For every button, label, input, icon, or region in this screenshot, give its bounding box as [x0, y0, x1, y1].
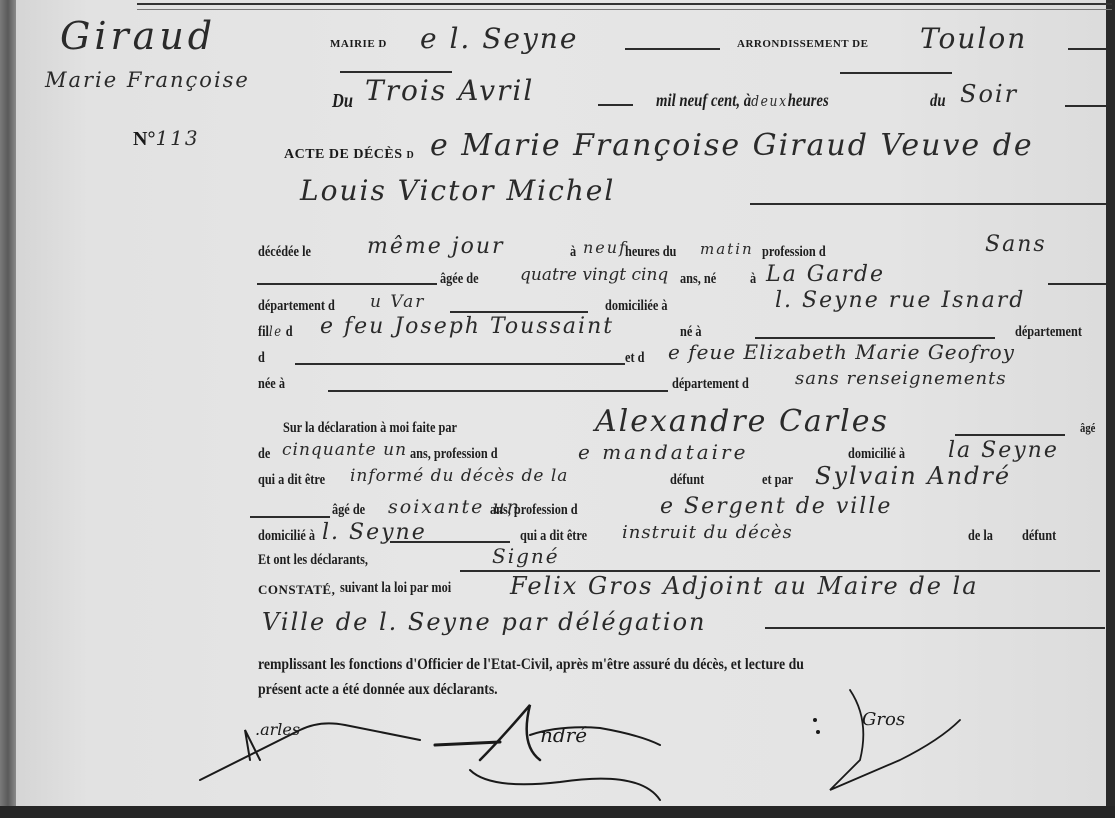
signatures: .arles ndré Gros — [0, 0, 1115, 818]
svg-text:ndré: ndré — [540, 723, 587, 747]
svg-text:Gros: Gros — [862, 709, 905, 730]
svg-text:.arles: .arles — [255, 720, 300, 739]
